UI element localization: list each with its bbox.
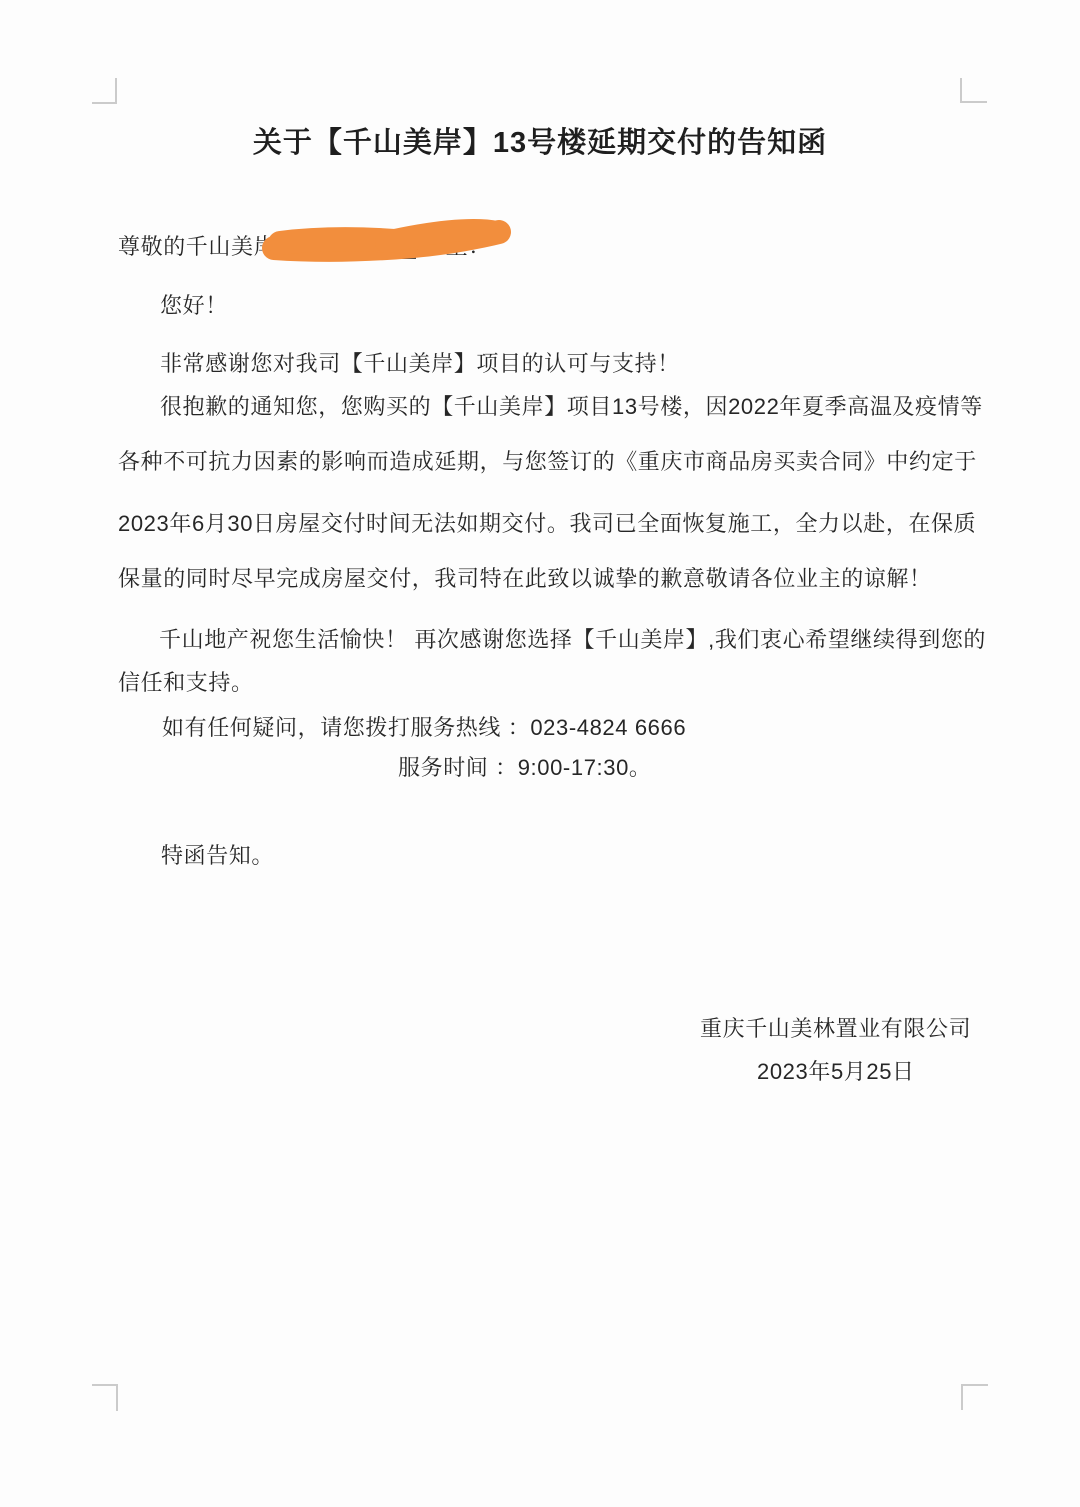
margin-corner-bottom-left — [92, 1384, 118, 1411]
margin-corner-top-right — [960, 78, 987, 103]
salutation-prefix: 尊敬的千山美岸1 — [118, 234, 289, 260]
paragraph-thanks: 非常感谢您对我司【千山美岸】项目的认可与支持！ — [160, 351, 680, 377]
hotline-line: 如有任何疑问，请您拨打服务热线 ：023-4824 6666 — [162, 715, 686, 741]
signature-date: 2023年5月25日 — [757, 1059, 915, 1085]
paragraph-apology-line-2: 各种不可抗力因素的影响而造成延期，与您签订的《重庆市商品房买卖合同》中约定于 — [118, 449, 977, 475]
margin-corner-top-left — [92, 78, 117, 104]
paragraph-greeting: 您好！ — [160, 293, 228, 319]
letter-page: 关于【千山美岸】13号楼延期交付的告知函 尊敬的千山美岸1 业主： 您好！ 非常… — [0, 0, 1080, 1507]
service-hours-value: 9:00-17:30。 — [518, 755, 652, 780]
letter-title: 关于【千山美岸】13号楼延期交付的告知函 — [0, 120, 1080, 161]
paragraph-apology-line-1: 很抱歉的通知您，您购买的【千山美岸】项目13号楼，因2022年夏季高温及疫情等 — [160, 394, 983, 420]
paragraph-wishes-line-1: 千山地产祝您生活愉快！ 再次感谢您选择【千山美岸】,我们衷心希望继续得到您的 — [159, 627, 986, 653]
signature-company: 重庆千山美林置业有限公司 — [700, 1016, 971, 1042]
paragraph-apology-line-4: 保量的同时尽早完成房屋交付，我司特在此致以诚挚的歉意敬请各位业主的谅解！ — [118, 566, 932, 592]
salutation-suffix: 业主： — [423, 234, 491, 260]
paragraph-apology-line-3: 2023年6月30日房屋交付时间无法如期交付。我司已全面恢复施工，全力以赴，在保… — [118, 511, 976, 537]
hotline-number: 023-4824 6666 — [530, 715, 686, 740]
service-hours-label: 服务时间 ： — [398, 755, 518, 780]
closing-line: 特函告知。 — [161, 843, 274, 869]
margin-corner-bottom-right — [961, 1384, 988, 1410]
redacted-blank-underline — [271, 234, 416, 259]
hotline-label: 如有任何疑问，请您拨打服务热线 ： — [162, 715, 530, 740]
service-hours-line: 服务时间 ：9:00-17:30。 — [398, 755, 652, 781]
paragraph-wishes-line-2: 信任和支持。 — [118, 670, 254, 696]
